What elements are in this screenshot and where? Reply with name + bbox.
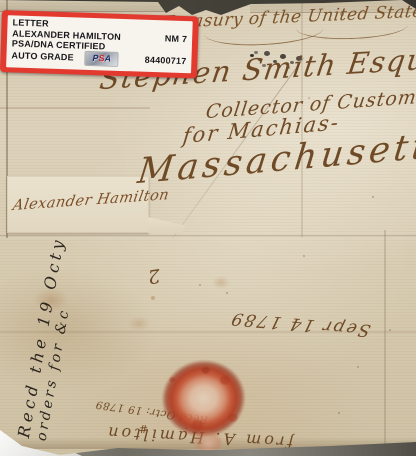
paper-stain [212,276,230,289]
psa-logo-letter: A [104,52,111,65]
inverted-date-notation: Sepr 14 1789 [228,308,373,340]
label-auto-grade: AUTO GRADE [11,50,74,63]
letter-photo: Treasury of the United States. Stephen S… [0,0,416,456]
label-autograde-group: AUTO GRADE PSA [11,49,118,66]
paper-stain [128,316,150,331]
psa-cert-label: LETTER ALEXANDER HAMILTON NM 7 PSA/DNA C… [0,10,199,78]
side-docket: Recd the 19 Octy orders for &c [14,235,85,442]
psa-cert-label-panel: LETTER ALEXANDER HAMILTON NM 7 PSA/DNA C… [6,15,193,73]
label-grade: NM 7 [165,33,188,44]
signature-slip-edge [148,217,186,233]
vertical-fold-crease-right [384,230,386,446]
page-number-mark: 2 [146,264,161,287]
cert-number: 84400717 [145,55,187,67]
psa-logo-icon: PSA [86,52,118,66]
left-flap-crease [0,107,150,109]
